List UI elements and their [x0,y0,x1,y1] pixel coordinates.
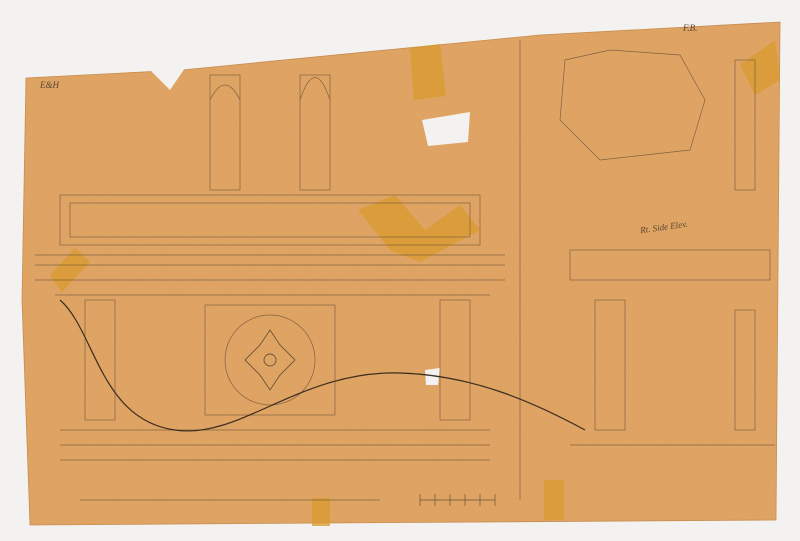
annotation-top-left: E&H [40,80,59,90]
annotation-top-right: F.B. [683,23,697,33]
drawing-sheet [0,0,800,541]
